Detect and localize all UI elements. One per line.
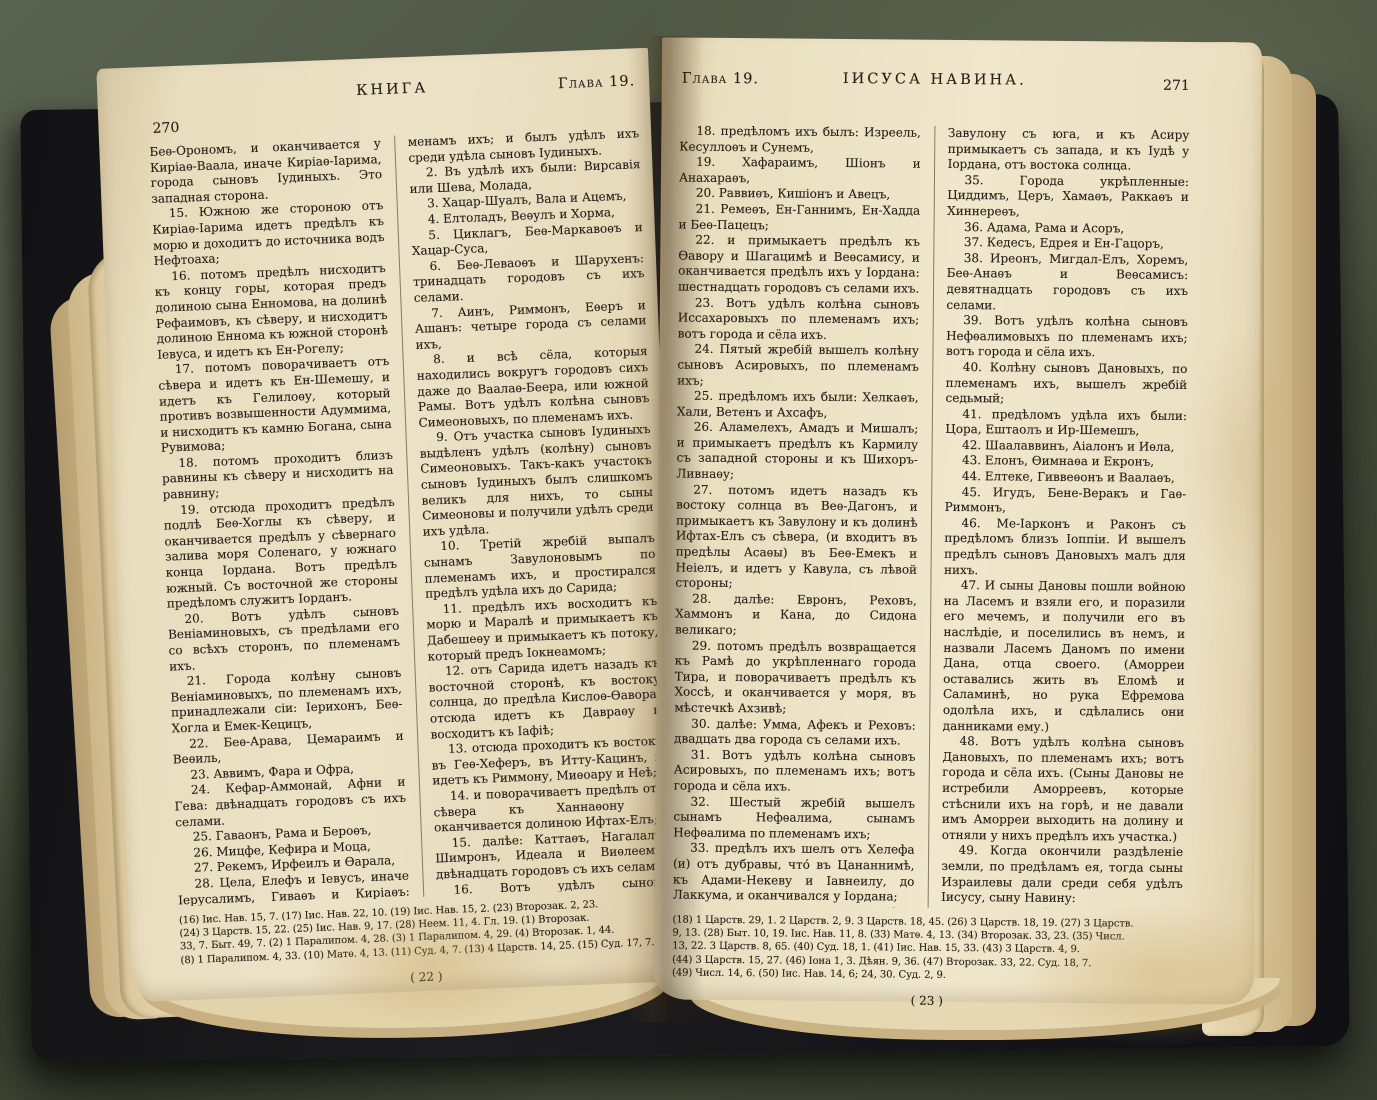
verse-paragraph: 16. потомъ предѣлъ нисходитъ къ концу го… <box>154 261 389 363</box>
running-chapter: Глава 19. <box>558 73 636 92</box>
verse-paragraph: 23. Вотъ удѣлъ колѣна сыновъ Иссахаровых… <box>678 295 920 344</box>
verse-paragraph: 35. Города укрѣпленные: Циддимъ, Церъ, Х… <box>947 173 1189 222</box>
text-column: Завулону съ юга, и къ Асиру примыкаетъ с… <box>927 126 1189 910</box>
right-page-columns: 18. предѣломъ ихъ былъ: Изреель, Кесулло… <box>673 124 1190 910</box>
verse-paragraph: 40. Колѣну сыновъ Дановыхъ, по племенамъ… <box>945 360 1187 409</box>
verse-paragraph: Беѳ-Орономъ, и оканчивается у Киріаѳ-Ваа… <box>149 136 383 207</box>
verse-paragraph: 15. Южною же стороною отъ Киріаѳ-Іарима … <box>152 198 386 269</box>
verse-paragraph: 37. Кедесъ, Едрея и Ен-Гацоръ, <box>947 235 1189 253</box>
verse-paragraph: 11. предѣлъ ихъ восходитъ къ морю и Мара… <box>426 594 660 665</box>
verse-paragraph: 46. Ме-Іарконъ и Раконъ съ предѣломъ бли… <box>944 516 1186 580</box>
verse-paragraph: 25. предѣломъ ихъ были: Хелкаѳъ, Хали, В… <box>677 389 919 422</box>
right-page: Глава 19. ІИСУСА НАВИНА. 271 18. предѣло… <box>654 37 1262 1004</box>
left-page-columns: Беѳ-Орономъ, и оканчивается у Киріаѳ-Ваа… <box>149 126 668 906</box>
verse-paragraph: 20. Вотъ удѣлъ сыновъ Веніаминовыхъ, съ … <box>167 604 401 675</box>
verse-paragraph: 15. далѣе: Каттаѳъ, Нагалалъ, Шимронъ, И… <box>434 827 667 883</box>
verse-paragraph: 39. Вотъ удѣлъ колѣна сыновъ Нефѳалимовы… <box>946 313 1188 362</box>
photo-background: 270 КНИГА Глава 19. Беѳ-Орономъ, и оканч… <box>0 0 1377 1100</box>
verse-paragraph: 29. потомъ предѣлъ возвращается къ Рамѣ … <box>674 638 916 718</box>
verse-paragraph: 19. Хафараимъ, Шіонъ и Анахараѳъ, <box>679 155 921 188</box>
text-column: менамъ ихъ; и былъ удѣлъ ихъ среди удѣла… <box>394 126 669 897</box>
verse-paragraph: 48. Вотъ удѣлъ колѣна сыновъ Дановыхъ, п… <box>942 734 1184 845</box>
right-page-header: Глава 19. ІИСУСА НАВИНА. 271 <box>679 70 1189 128</box>
verse-paragraph: 38. Иреонъ, Мигдал-Елъ, Хоремъ, Беѳ-Анаѳ… <box>946 251 1188 315</box>
verse-paragraph: 31. Вотъ удѣлъ колѣна сыновъ Асировыхъ, … <box>674 747 916 796</box>
verse-paragraph: 27. потомъ идетъ назадъ къ востоку солнц… <box>675 482 917 593</box>
verse-paragraph: 24. Пятый жребій вышелъ колѣну сыновъ Ас… <box>677 342 919 391</box>
verse-paragraph: 45. Игудъ, Бене-Веракъ и Гаѳ-Риммонъ, <box>945 485 1187 518</box>
verse-paragraph: 30. далѣе: Умма, Афекъ и Реховъ: двадцат… <box>674 716 916 749</box>
verse-paragraph: 19. отсюда проходитъ предѣлъ подлѣ Беѳ-Х… <box>163 494 399 612</box>
verse-paragraph: 14. и поворачиваетъ предѣлъ отъ сѣвера к… <box>433 781 666 837</box>
verse-paragraph: 10. Третій жребій выпалъ сынамъ Завулоно… <box>423 531 657 602</box>
page-number: 270 <box>152 120 179 137</box>
verse-paragraph: 41. предѣломъ удѣла ихъ были: Цора, Ешта… <box>945 407 1187 440</box>
text-column: 18. предѣломъ ихъ былъ: Изреель, Кесулло… <box>673 124 934 908</box>
verse-paragraph: 44. Елтеке, Гиввеѳонъ и Ваалаѳъ, <box>945 469 1187 487</box>
verse-paragraph: 22. и примыкаетъ предѣлъ къ Ѳавору и Шаг… <box>678 233 920 297</box>
verse-paragraph: 47. И сыны Дановы пошли войною на Ласемъ… <box>943 578 1186 736</box>
page-number: 271 <box>1163 78 1190 94</box>
left-page-content: 270 КНИГА Глава 19. Беѳ-Орономъ, и оканч… <box>96 48 683 1003</box>
verse-paragraph: 21. Ремеѳъ, Ен-Ганнимъ, Ен-Хадда и Беѳ-П… <box>679 202 921 235</box>
verse-paragraph: 28. далѣе: Евронъ, Реховъ, Хаммонъ и Кан… <box>675 591 917 640</box>
verse-paragraph: 18. предѣломъ ихъ былъ: Изреель, Кесулло… <box>679 124 921 157</box>
verse-paragraph: Завулону съ юга, и къ Асиру примыкаетъ с… <box>948 126 1190 175</box>
left-page: 270 КНИГА Глава 19. Беѳ-Орономъ, и оканч… <box>96 48 683 1003</box>
verse-paragraph: 12. отъ Сарида идетъ назадъ къ восточной… <box>428 656 662 743</box>
verse-paragraph: 32. Шестый жребій вышелъ сынамъ Нефѳалим… <box>673 794 915 843</box>
verse-paragraph: 17. потомъ поворачиваетъ отъ сѣвера и ид… <box>158 354 393 456</box>
verse-paragraph: 49. Когда окончили раздѣленіе земли, по … <box>941 843 1183 907</box>
verse-paragraph: 21. Города колѣну сыновъ Веніаминовыхъ, … <box>170 666 404 737</box>
verse-paragraph: 9. Отъ участка сыновъ Іудиныхъ выдѣленъ … <box>419 422 655 540</box>
footnotes: (16) Іис. Нав. 15, 7. (17) Іис. Нав. 22,… <box>179 896 671 968</box>
right-page-content: Глава 19. ІИСУСА НАВИНА. 271 18. предѣло… <box>654 37 1262 1004</box>
verse-paragraph: 8. и всѣ сёла, которыя находились вокруг… <box>416 344 650 431</box>
text-column: Беѳ-Орономъ, и оканчивается у Киріаѳ-Ваа… <box>149 136 423 907</box>
verse-paragraph: 26. Аламелехъ, Амадъ и Мишалъ; и примыка… <box>676 420 918 484</box>
verse-paragraph: 33. предѣлъ ихъ шелъ отъ Хелефа (и) отъ … <box>673 841 915 905</box>
footnotes: (18) 1 Царств. 29, 1. 2 Царств. 2, 9. 3 … <box>672 914 1183 984</box>
